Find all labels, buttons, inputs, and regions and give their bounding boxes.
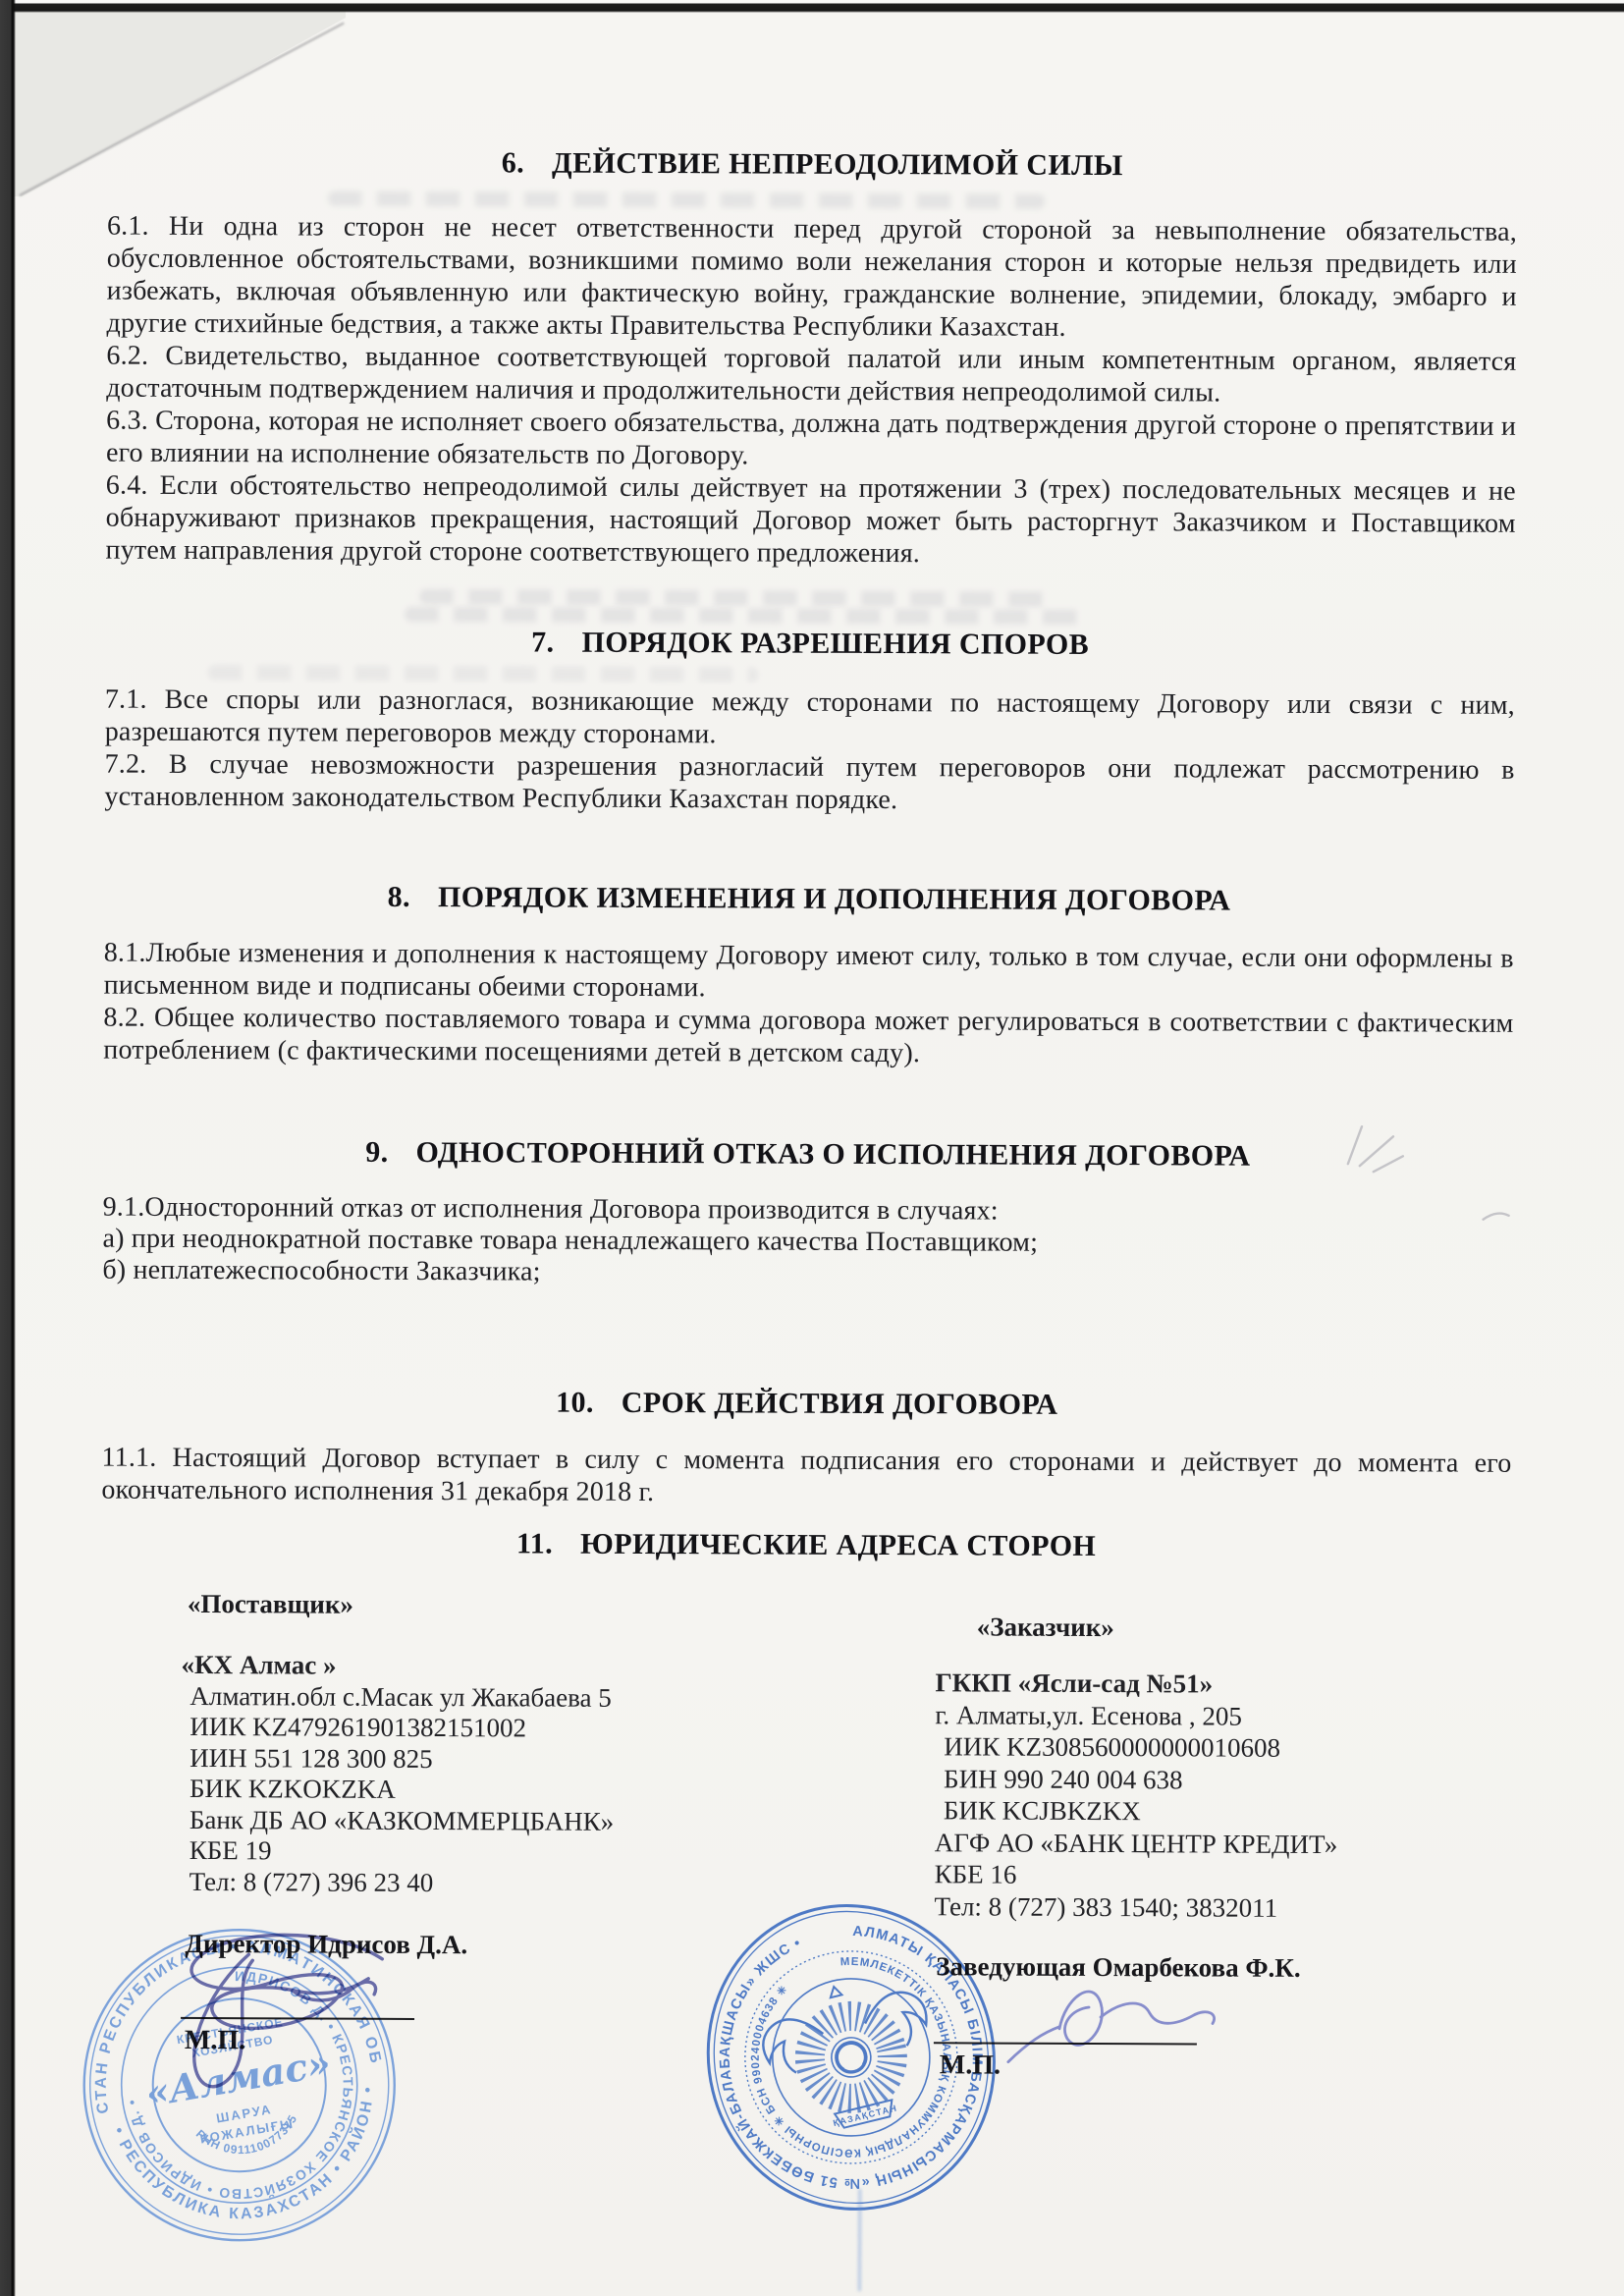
clause-7-2: 7.2. В случае невозможности разрешения р… [104, 748, 1514, 819]
clause-9-b: б) неплатежеспособности Заказчика; [102, 1255, 1512, 1292]
supplier-iin: ИИН 551 128 300 825 [181, 1742, 614, 1775]
section-8-title: 8.ПОРЯДОК ИЗМЕНЕНИЯ И ДОПОЛНЕНИЯ ДОГОВОР… [104, 880, 1514, 919]
supplier-kbe: КБЕ 19 [181, 1835, 614, 1868]
supplier-name: «КХ Алмас » [182, 1650, 615, 1682]
ghost-bleed-band [405, 607, 1082, 625]
clause-8-2: 8.2. Общее количество поставляемого това… [103, 1002, 1513, 1072]
ghost-bleed-band [328, 191, 1045, 209]
section-8-body: 8.1.Любые изменения и дополнения к насто… [103, 937, 1514, 1072]
clause-6-3: 6.3. Сторона, которая не исполняет своег… [106, 405, 1516, 475]
scan-edge-top [0, 0, 1624, 13]
customer-bank: АГФ АО «БАНК ЦЕНТР КРЕДИТ» [935, 1827, 1338, 1860]
supplier-iik: ИИК KZ479261901382151002 [181, 1712, 614, 1744]
supplier-details: «КХ Алмас » Алматин.обл с.Масак ул Жакаб… [181, 1650, 615, 1899]
supplier-address: Алматин.обл с.Масак ул Жакабаева 5 [181, 1680, 614, 1713]
section-7-number: 7. [531, 626, 554, 658]
customer-details: ГККП «Ясли-сад №51» г. Алматы,ул. Есенов… [934, 1667, 1338, 1924]
clause-7-1: 7.1. Все споры или разноглася, возникающ… [105, 683, 1515, 754]
section-7-body: 7.1. Все споры или разноглася, возникающ… [104, 683, 1515, 819]
customer-name: ГККП «Ясли-сад №51» [935, 1667, 1338, 1700]
page-content: 6.ДЕЙСТВИЕ НЕПРЕОДОЛИМОЙ СИЛЫ 6.1. Ни од… [0, 0, 1624, 2296]
customer-role-header: «Заказчик» [977, 1612, 1114, 1643]
section-7-heading: ПОРЯДОК РАЗРЕШЕНИЯ СПОРОВ [581, 627, 1089, 661]
customer-iik: ИИК KZ308560000000010608 [935, 1730, 1338, 1764]
clause-6-4: 6.4. Если обстоятельство непреодолимой с… [105, 469, 1515, 573]
section-9-body: 9.1.Односторонний отказ от исполнения До… [102, 1192, 1512, 1292]
supplier-phone: Тел: 8 (727) 396 23 40 [181, 1866, 614, 1898]
supplier-bik: БИК KZKOKZKA [181, 1774, 614, 1806]
section-8-heading: ПОРЯДОК ИЗМЕНЕНИЯ И ДОПОЛНЕНИЯ ДОГОВОРА [438, 881, 1230, 917]
supplier-round-stamp: ҚАЗАҚСТАН РЕСПУБЛИКАСЫ • АЛМАТИНСКАЯ ОБЛ… [50, 1895, 429, 2274]
customer-signature [1008, 1992, 1215, 2063]
clause-6-1: 6.1. Ни одна из сторон не несет ответств… [106, 210, 1517, 346]
customer-bik: БИК KCJBKZKX [935, 1794, 1338, 1828]
section-10-number: 10. [556, 1387, 594, 1419]
customer-bin: БИН 990 240 004 638 [935, 1763, 1338, 1796]
section-6-heading: ДЕЙСТВИЕ НЕПРЕОДОЛИМОЙ СИЛЫ [552, 147, 1123, 183]
section-7-title: 7.ПОРЯДОК РАЗРЕШЕНИЯ СПОРОВ [105, 625, 1515, 664]
section-6-body: 6.1. Ни одна из сторон не несет ответств… [105, 210, 1517, 573]
customer-address: г. Алматы,ул. Есенова , 205 [935, 1699, 1338, 1732]
section-11-title: 11.ЮРИДИЧЕСКИЕ АДРЕСА СТОРОН [101, 1526, 1511, 1565]
section-10-heading: СРОК ДЕЙСТВИЯ ДОГОВОРА [622, 1387, 1058, 1421]
clause-6-2: 6.2. Свидетельство, выданное соответству… [106, 340, 1516, 410]
svg-text:АЛМАТЫ ҚАЛАСЫ БІЛІМ БАСҚАРМАСЫ: АЛМАТЫ ҚАЛАСЫ БІЛІМ БАСҚАРМАСЫНЫҢ «№ 51 … [690, 1897, 1013, 2218]
supplier-role-header: «Поставщик» [188, 1589, 353, 1620]
supplier-bank: Банк ДБ АО «КАЗКОММЕРЦБАНК» [181, 1804, 614, 1836]
section-10-title: 10.СРОК ДЕЙСТВИЯ ДОГОВОРА [102, 1385, 1512, 1424]
scanned-contract-page: 6.ДЕЙСТВИЕ НЕПРЕОДОЛИМОЙ СИЛЫ 6.1. Ни од… [0, 0, 1624, 2296]
clause-8-1: 8.1.Любые изменения и дополнения к насто… [104, 937, 1514, 1008]
section-9-title: 9.ОДНОСТОРОННИЙ ОТКАЗ О ИСПОЛНЕНИЯ ДОГОВ… [103, 1135, 1513, 1175]
ghost-bleed-band [419, 589, 1048, 607]
customer-phone: Тел: 8 (727) 383 1540; 3832011 [934, 1890, 1337, 1924]
customer-stamp-ring-outer: АЛМАТЫ ҚАЛАСЫ БІЛІМ БАСҚАРМАСЫНЫҢ «№ 51 … [690, 1897, 1013, 2218]
customer-round-stamp: АЛМАТЫ ҚАЛАСЫ БІЛІМ БАСҚАРМАСЫНЫҢ «№ 51 … [671, 1870, 1031, 2245]
section-6-title: 6.ДЕЙСТВИЕ НЕПРЕОДОЛИМОЙ СИЛЫ [107, 145, 1517, 185]
section-6-number: 6. [502, 146, 524, 179]
customer-kbe: КБЕ 16 [935, 1858, 1338, 1891]
section-9-number: 9. [365, 1136, 388, 1169]
ghost-bleed-band [208, 665, 758, 682]
section-10-body: 11.1. Настоящий Договор вступает в силу … [101, 1442, 1511, 1512]
customer-signatory: Заведующая Омарбекова Ф.К. [936, 1951, 1301, 1984]
ink-streak [858, 2189, 861, 2291]
clause-11-1: 11.1. Настоящий Договор вступает в силу … [101, 1442, 1511, 1512]
section-9-heading: ОДНОСТОРОННИЙ ОТКАЗ О ИСПОЛНЕНИЯ ДОГОВОР… [416, 1136, 1251, 1173]
section-11-number: 11. [516, 1527, 553, 1559]
section-8-number: 8. [388, 881, 410, 913]
section-11-heading: ЮРИДИЧЕСКИЕ АДРЕСА СТОРОН [580, 1528, 1096, 1562]
scan-edge-left [0, 0, 16, 2296]
